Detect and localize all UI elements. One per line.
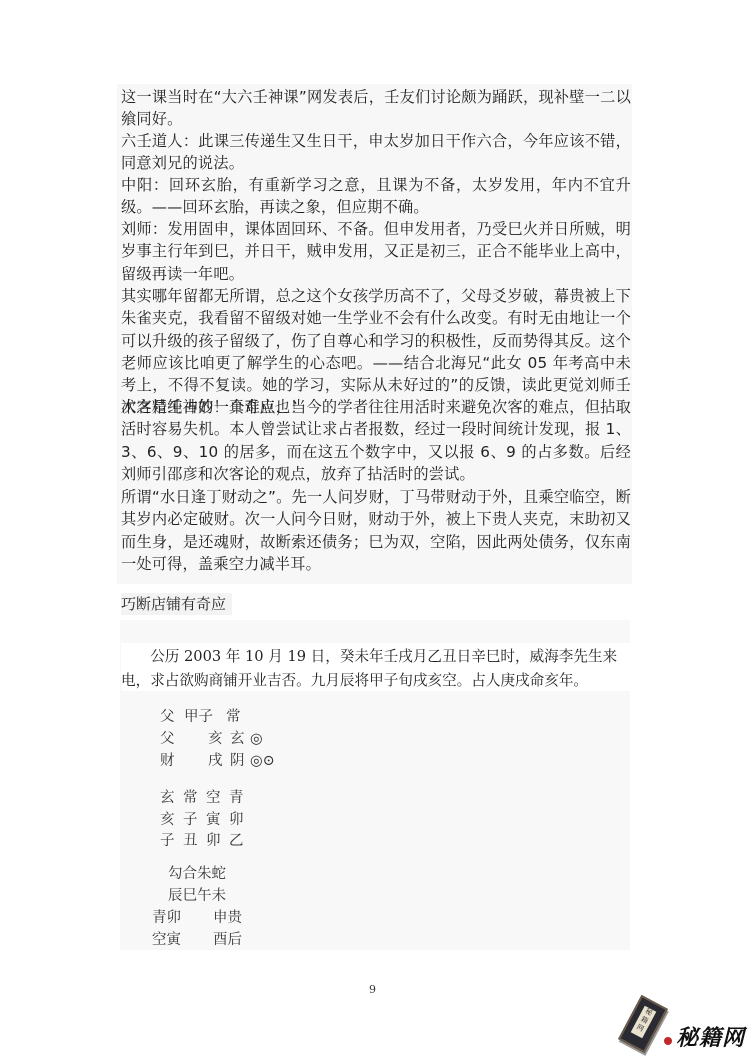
book-label: 秘籍网 bbox=[631, 1006, 657, 1039]
san-chuan-row-1: 父甲子常 bbox=[160, 706, 275, 728]
ke-cell: 寅 bbox=[206, 809, 229, 831]
si-ke-row-3: 子丑卯乙 bbox=[160, 830, 252, 852]
watermark-logo: 秘籍网 秘籍网 bbox=[620, 995, 745, 1057]
liuqin: 财 bbox=[160, 750, 208, 772]
ke-cell: 丑 bbox=[183, 830, 206, 852]
tianpan-right-1: 申贵 bbox=[213, 908, 242, 929]
ke-cell: 乙 bbox=[229, 830, 252, 852]
tianpan-top-jiang: 勾合朱蛇 bbox=[168, 864, 226, 885]
si-ke-row-2: 亥子寅卯 bbox=[160, 809, 252, 831]
ke-cell: 常 bbox=[183, 787, 206, 809]
document-page: 这一课当时在“大六壬神课”网发表后，壬友们讨论颇为踊跃，现补壁一二以飨同好。 六… bbox=[0, 0, 750, 1060]
paragraph-ciké: 次客是壬占的一个难点，当今的学者往往用活时来避免次客的难点，但拈取活时容易失机。… bbox=[121, 396, 631, 485]
tianpan-left-2: 空寅 bbox=[152, 930, 181, 951]
ke-cell: 空 bbox=[206, 787, 229, 809]
ke-cell: 玄 bbox=[160, 787, 183, 809]
paragraph-intro: 这一课当时在“大六壬神课”网发表后，壬友们讨论颇为踊跃，现补壁一二以飨同好。 bbox=[121, 86, 631, 131]
ke-cell: 亥 bbox=[160, 809, 183, 831]
paragraph-zhongyang: 中阳：回环玄胎，有重新学习之意，且课为不备，太岁发用，年内不宜升级。——回环玄胎… bbox=[121, 174, 631, 219]
paragraph-liushi: 刘师：发用固申，课体固回环、不备。但申发用者，乃受巳火并日所贼，明岁事主行年到巳… bbox=[121, 218, 631, 285]
tianpan-left-1: 青卯 bbox=[152, 908, 181, 929]
mark-symbol: ◎⊙ bbox=[250, 750, 275, 772]
tian-zhi: 亥 bbox=[208, 728, 230, 750]
tianpan-right-2: 酉后 bbox=[213, 930, 242, 951]
ke-cell: 子 bbox=[183, 809, 206, 831]
book-icon: 秘籍网 bbox=[618, 995, 668, 1053]
seal-icon bbox=[664, 1037, 672, 1045]
paragraph-shuiri: 所谓“水日逢丁财动之”。先一人问岁财，丁马带财动于外，且乘空临空，断其岁内必定破… bbox=[121, 486, 631, 575]
page-number: 9 bbox=[369, 983, 376, 996]
liuqin: 父 bbox=[160, 728, 208, 750]
mark-symbol: ◎ bbox=[250, 728, 263, 750]
san-chuan-row-2: 父亥玄◎ bbox=[160, 728, 275, 750]
section-title: 巧断店铺有奇应 bbox=[121, 593, 232, 615]
san-chuan-row-3: 财戌阴◎⊙ bbox=[160, 750, 275, 772]
tianpan-top-zhi: 辰巳午未 bbox=[168, 886, 226, 907]
paragraph-liuren-daoren: 六壬道人：此课三传递生又生日干，申太岁加日干作六合，今年应该不错，同意刘兄的说法… bbox=[121, 130, 631, 175]
ke-cell: 卯 bbox=[206, 830, 229, 852]
ke-cell: 子 bbox=[160, 830, 183, 852]
dun-gan: 甲子 bbox=[184, 706, 226, 728]
liuqin: 父 bbox=[160, 706, 184, 728]
watermark-text: 秘籍网 bbox=[676, 1021, 745, 1052]
tian-jiang: 常 bbox=[226, 706, 241, 728]
tian-jiang: 玄 bbox=[230, 728, 250, 750]
tian-zhi: 戌 bbox=[208, 750, 230, 772]
san-chuan-table: 父甲子常 父亥玄◎ 财戌阴◎⊙ bbox=[160, 706, 275, 772]
si-ke-row-1: 玄常空青 bbox=[160, 787, 252, 809]
tian-jiang: 阴 bbox=[230, 750, 250, 772]
ke-cell: 青 bbox=[229, 787, 252, 809]
ke-cell: 卯 bbox=[229, 809, 252, 831]
si-ke-table: 玄常空青 亥子寅卯 子丑卯乙 bbox=[160, 787, 252, 852]
story-paragraph: 公历 2003 年 10 月 19 日，癸未年壬戌月乙丑日辛巳时，威海李先生来电… bbox=[121, 645, 631, 693]
